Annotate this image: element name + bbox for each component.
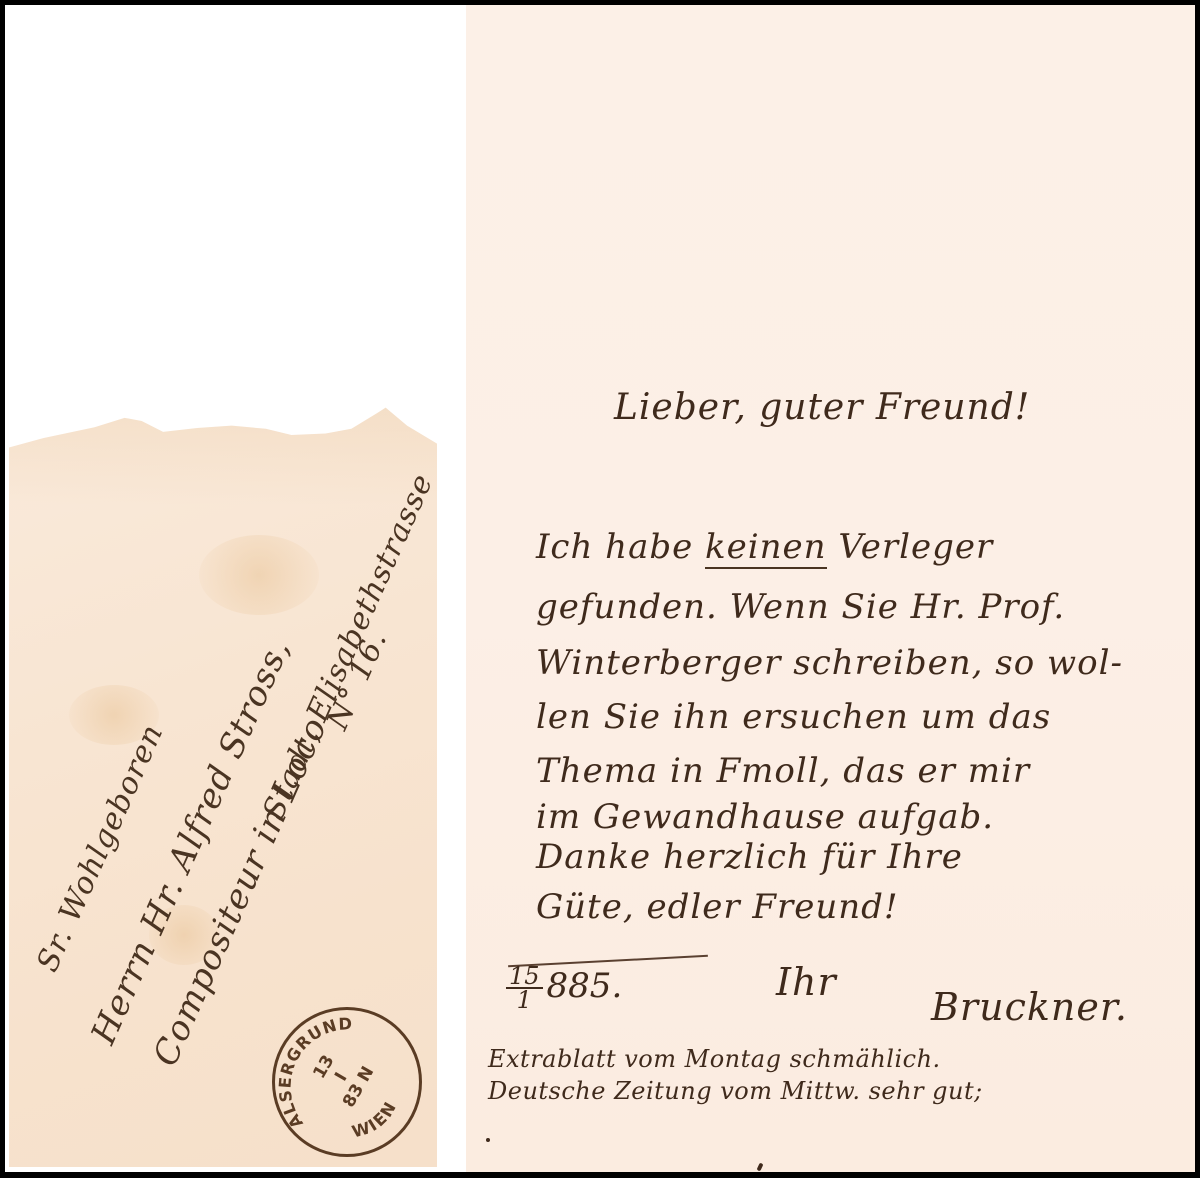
date-year: 885.: [547, 966, 623, 1006]
ink-dot: [486, 1138, 490, 1142]
postmark-stamp: ALSERGRUND WIEN 13 I 83 N: [272, 1007, 422, 1157]
ink-mark: [756, 1163, 763, 1172]
letter-body-line: im Gewandhause aufgab.: [536, 797, 994, 837]
letter-body-line: Güte, edler Freund!: [536, 887, 899, 927]
letter-body-line: Danke herzlich für Ihre: [536, 837, 963, 877]
letter-body-line: len Sie ihn ersuchen um das: [536, 697, 1051, 737]
paper-stain: [199, 535, 319, 615]
letter-body-line: Winterberger schreiben, so wol-: [536, 643, 1123, 683]
underlined-word: keinen: [705, 527, 827, 569]
letter-signature: Bruckner.: [931, 985, 1128, 1029]
postscript-line: Extrablatt vom Montag schmählich.: [488, 1045, 941, 1073]
letter-page: Lieber, guter Freund! Ich habe keinen Ve…: [466, 5, 1195, 1172]
letter-body-line: gefunden. Wenn Sie Hr. Prof.: [536, 587, 1065, 627]
letter-closing: Ihr: [776, 960, 837, 1004]
letter-greeting: Lieber, guter Freund!: [614, 387, 1030, 428]
postscript-line: Deutsche Zeitung vom Mittw. sehr gut;: [488, 1077, 983, 1105]
letter-body-line: Thema in Fmoll, das er mir: [536, 751, 1030, 791]
letter-date: 15 1 885.: [506, 965, 622, 1011]
date-fraction: 15 1: [506, 965, 543, 1011]
letter-body-line: Ich habe keinen Verleger: [536, 527, 993, 567]
